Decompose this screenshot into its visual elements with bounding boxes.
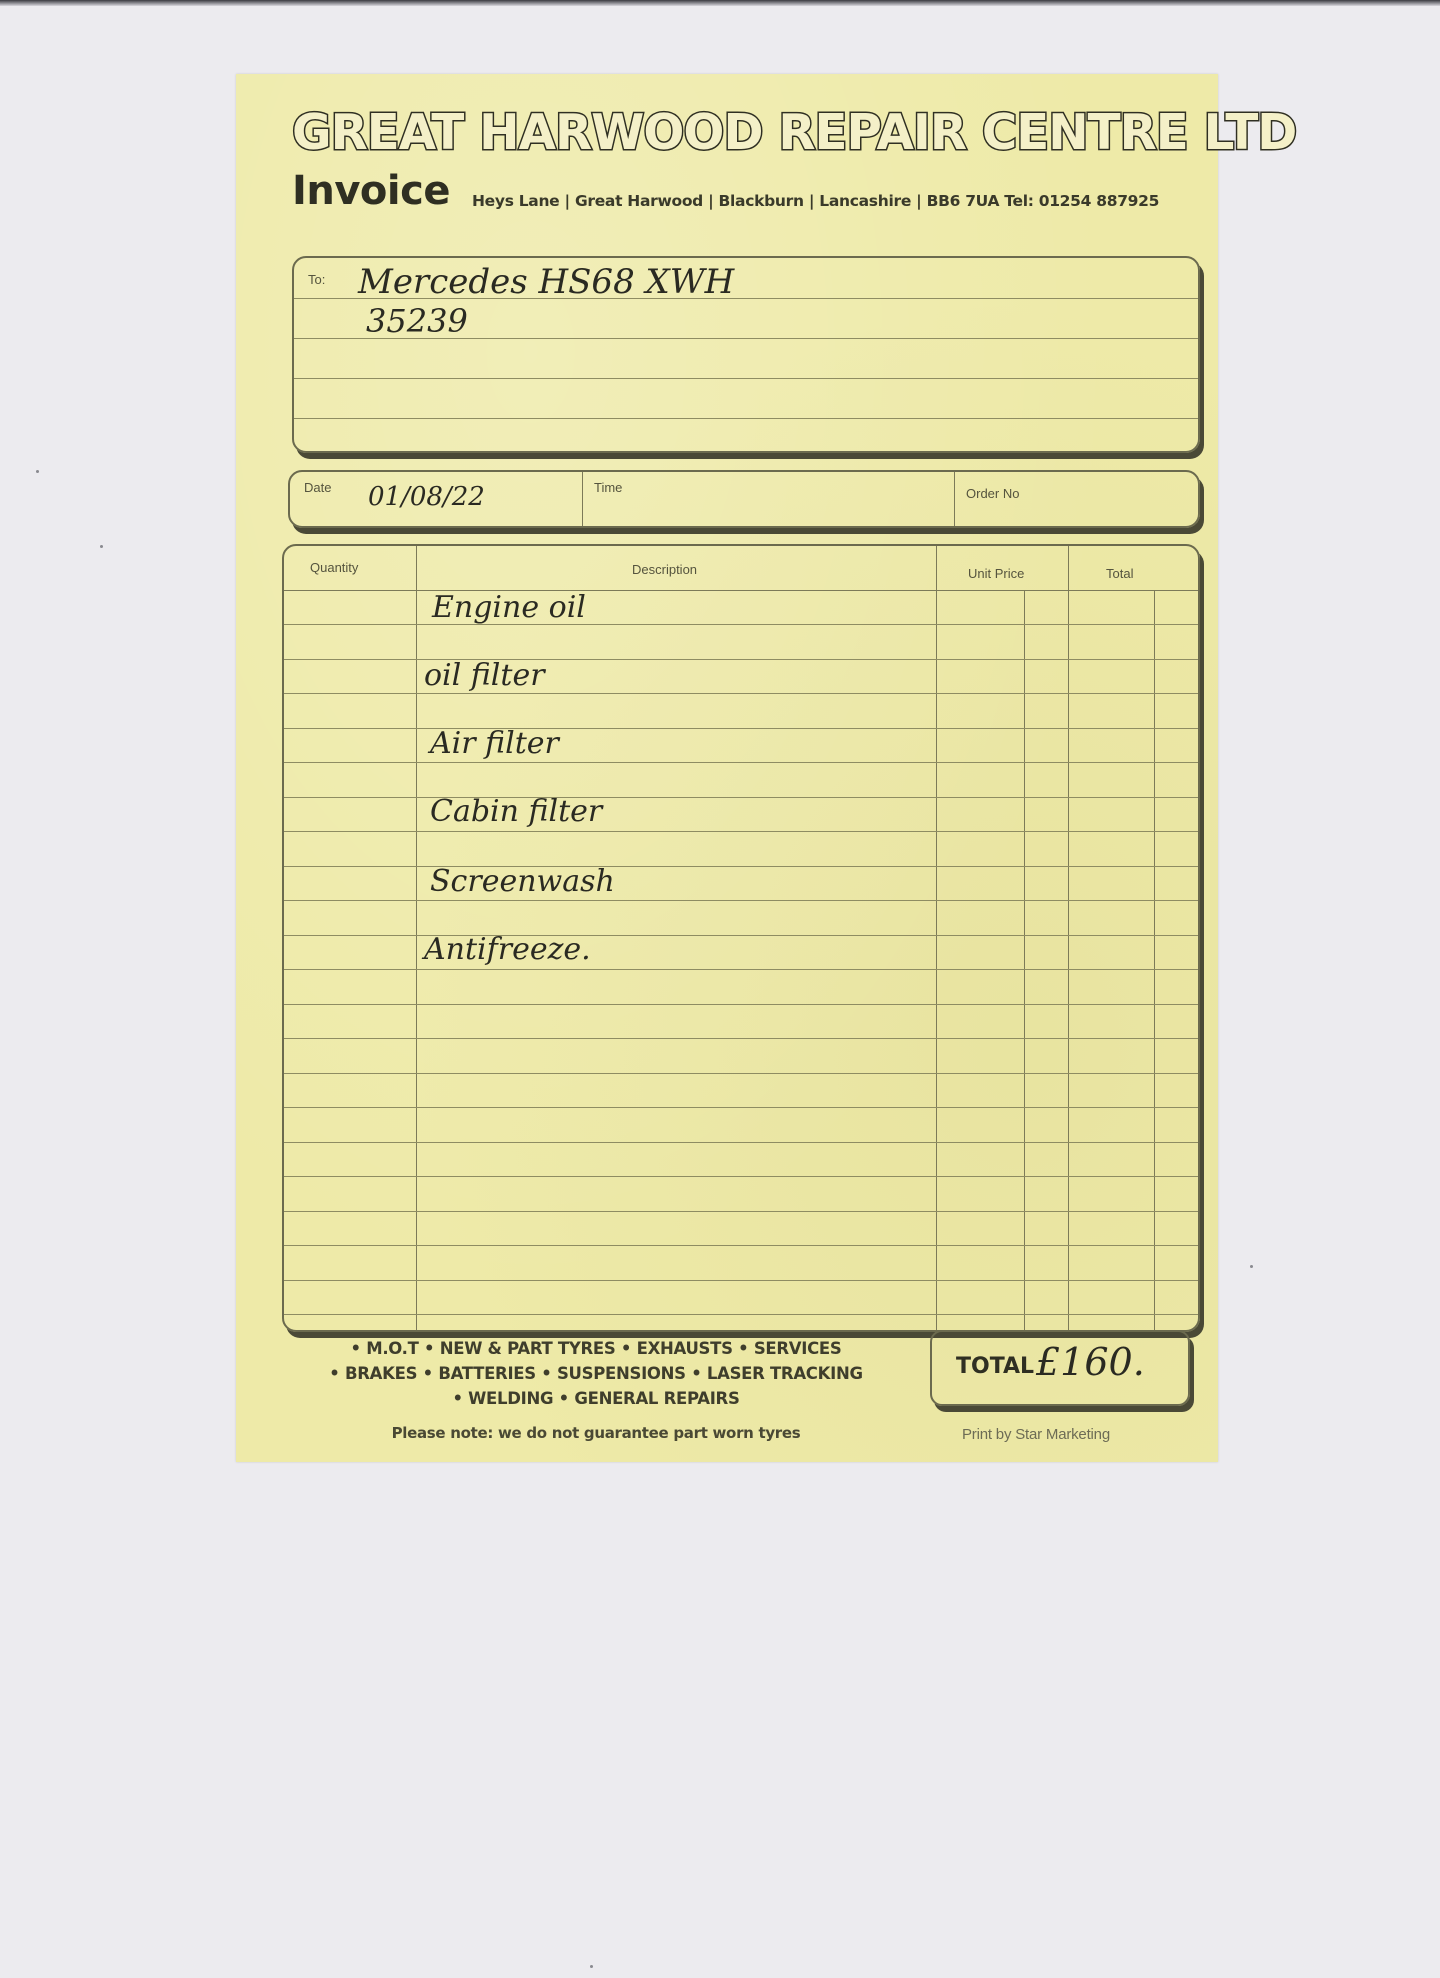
ruled-line bbox=[284, 1211, 1198, 1212]
services-line: • M.O.T • NEW & PART TYRES • EXHAUSTS • … bbox=[266, 1336, 926, 1361]
header-rule bbox=[284, 590, 1198, 591]
header-unit-price: Unit Price bbox=[968, 566, 1024, 581]
line-item-description: Engine oil bbox=[432, 590, 586, 625]
ruled-line bbox=[284, 969, 1198, 970]
ruled-line bbox=[284, 1073, 1198, 1074]
column-divider-unit-pence bbox=[1024, 590, 1025, 1330]
total-box: TOTAL £160. bbox=[930, 1330, 1190, 1406]
ruled-line bbox=[284, 900, 1198, 901]
date-label: Date bbox=[304, 480, 331, 495]
column-divider-unit-price bbox=[1068, 546, 1069, 1330]
company-address: Heys Lane | Great Harwood | Blackburn | … bbox=[472, 192, 1208, 210]
ruled-line bbox=[284, 728, 1198, 729]
ruled-line bbox=[284, 1245, 1198, 1246]
ruled-line bbox=[284, 1038, 1198, 1039]
services-list: • M.O.T • NEW & PART TYRES • EXHAUSTS • … bbox=[266, 1336, 926, 1411]
line-item-description: Screenwash bbox=[430, 864, 615, 899]
company-name: GREAT HARWOOD REPAIR CENTRE LTD bbox=[292, 104, 1198, 161]
scan-speck bbox=[36, 470, 39, 473]
line-item-description: Cabin filter bbox=[430, 794, 602, 829]
tyre-note: Please note: we do not guarantee part wo… bbox=[266, 1424, 926, 1442]
recipient-line-1: Mercedes HS68 XWH bbox=[358, 262, 734, 302]
ruled-line bbox=[294, 378, 1198, 379]
header-total: Total bbox=[1106, 566, 1133, 581]
ruled-line bbox=[284, 1176, 1198, 1177]
ruled-line bbox=[284, 1107, 1198, 1108]
invoice-paper: GREAT HARWOOD REPAIR CENTRE LTD Invoice … bbox=[236, 74, 1218, 1462]
header-description: Description bbox=[632, 562, 697, 577]
column-divider-total-pence bbox=[1154, 590, 1155, 1330]
printer-credit: Print by Star Marketing bbox=[962, 1426, 1110, 1443]
ruled-line bbox=[284, 693, 1198, 694]
column-divider-quantity bbox=[416, 546, 417, 1330]
total-label: TOTAL bbox=[956, 1354, 1034, 1379]
ruled-line bbox=[284, 797, 1198, 798]
ruled-line bbox=[284, 935, 1198, 936]
ruled-line bbox=[284, 866, 1198, 867]
total-value: £160. bbox=[1036, 1340, 1145, 1384]
time-label: Time bbox=[594, 480, 622, 495]
order-no-label: Order No bbox=[966, 486, 1019, 501]
ruled-line bbox=[284, 624, 1198, 625]
scan-speck bbox=[1250, 1265, 1253, 1268]
meta-row: Date 01/08/22 Time Order No bbox=[288, 470, 1200, 528]
divider bbox=[582, 472, 583, 526]
ruled-line bbox=[294, 418, 1198, 419]
ruled-line bbox=[284, 1142, 1198, 1143]
ruled-line bbox=[284, 1280, 1198, 1281]
line-item-description: Air filter bbox=[430, 726, 559, 761]
document-title: Invoice bbox=[292, 168, 450, 214]
scan-speck bbox=[590, 1965, 593, 1968]
line-item-description: oil filter bbox=[424, 658, 545, 693]
services-line: • BRAKES • BATTERIES • SUSPENSIONS • LAS… bbox=[266, 1361, 926, 1386]
date-value: 01/08/22 bbox=[368, 482, 485, 512]
recipient-box: To: Mercedes HS68 XWH 35239 bbox=[292, 256, 1200, 453]
header-quantity: Quantity bbox=[310, 560, 358, 575]
recipient-line-2: 35239 bbox=[366, 302, 468, 340]
scan-top-edge bbox=[0, 0, 1440, 6]
ruled-line bbox=[284, 831, 1198, 832]
ruled-line bbox=[284, 1004, 1198, 1005]
to-label: To: bbox=[308, 272, 325, 287]
column-divider-description bbox=[936, 546, 937, 1330]
ruled-line bbox=[284, 1314, 1198, 1315]
line-item-description: Antifreeze. bbox=[424, 932, 591, 967]
ruled-line bbox=[284, 659, 1198, 660]
line-items-table: Quantity Description Unit Price Total En… bbox=[282, 544, 1200, 1332]
divider bbox=[954, 472, 955, 526]
ruled-line bbox=[284, 762, 1198, 763]
services-line: • WELDING • GENERAL REPAIRS bbox=[266, 1386, 926, 1411]
scan-speck bbox=[100, 545, 103, 548]
